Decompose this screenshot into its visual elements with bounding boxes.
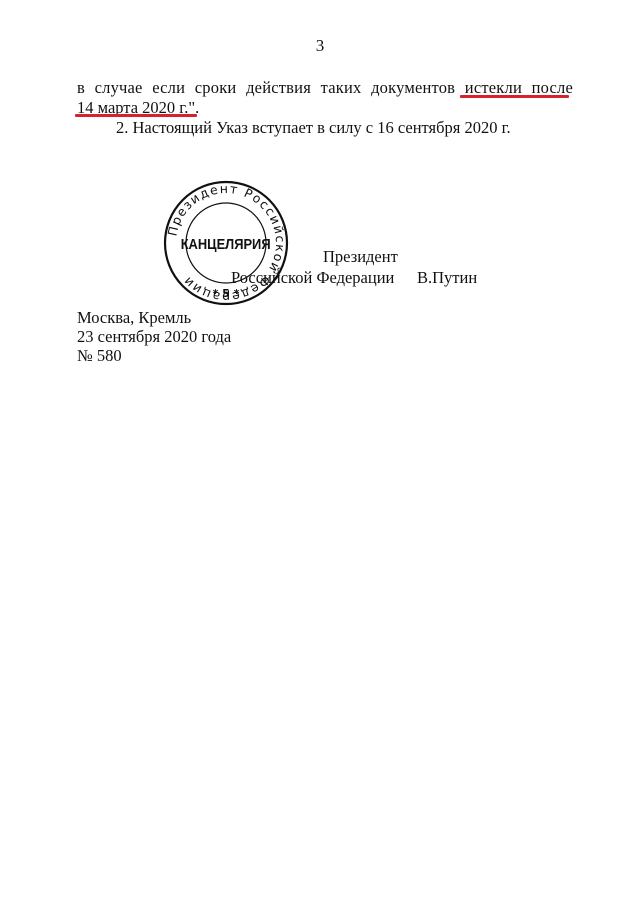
signature-title-line-1: Президент [323,247,398,267]
paragraph-clause-2: 2. Настоящий Указ вступает в силу с 16 с… [116,118,511,138]
place: Москва, Кремль [77,308,191,328]
stamp-number: * 5 * [213,287,240,300]
signatory-name: В.Путин [417,268,477,288]
date: 23 сентября 2020 года [77,327,231,347]
decree-number: № 580 [77,346,122,366]
page-number: 3 [0,36,640,56]
highlight-underline-2 [75,114,197,117]
stamp-center-text: КАНЦЕЛЯРИЯ [181,235,271,252]
highlight-underline-1 [460,95,569,98]
signature-title-line-2: Российской Федерации [231,268,394,288]
